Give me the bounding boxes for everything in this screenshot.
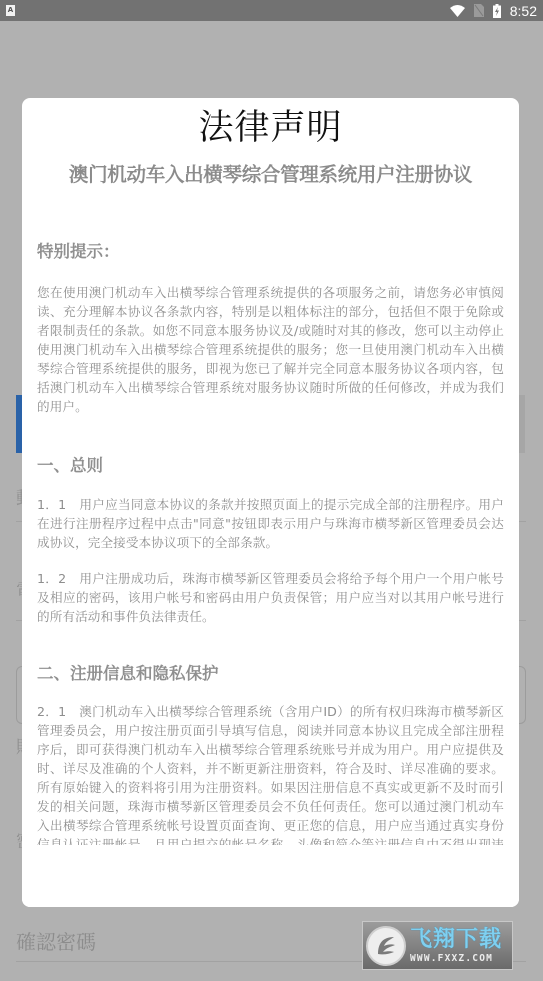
watermark-url: WWW.FXXZ.COM [410,953,502,964]
bird-logo-icon [366,926,406,966]
notice-paragraph: 您在使用澳门机动车入出横琴综合管理系统提供的各项服务之前，请您务必审慎阅读、充分… [37,283,504,416]
status-bar: A 8:52 [0,0,543,21]
dialog-bottom-padding [22,845,519,907]
dialog-title: 法律声明 [22,104,519,152]
clock: 8:52 [510,3,537,19]
clause-1-1: 1．1 用户应当同意本协议的条款并按照页面上的提示完成全部的注册程序。用户在进行… [37,495,504,552]
agreement-title: 澳门机动车入出横琴综合管理系统用户注册协议 [37,160,504,190]
app-notification-icon: A [6,5,15,16]
watermark-logo: 飞翔下载 WWW.FXXZ.COM [362,921,513,970]
agreement-scroll-content[interactable]: 澳门机动车入出横琴综合管理系统用户注册协议 特别提示： 您在使用澳门机动车入出横… [22,160,519,907]
no-sim-icon [474,4,484,17]
section-heading-general: 一、总则 [37,454,504,478]
legal-statement-dialog[interactable]: 法律声明 澳门机动车入出横琴综合管理系统用户注册协议 特别提示： 您在使用澳门机… [22,98,519,907]
watermark-brand: 飞翔下载 [410,927,502,953]
battery-charging-icon [493,4,501,18]
clause-1-2: 1．2 用户注册成功后，珠海市横琴新区管理委员会将给予每个用户一个用户帐号及相应… [37,569,504,626]
notice-heading: 特别提示： [37,240,504,264]
confirm-password-label: 確認密碼 [16,926,96,955]
wifi-icon [450,5,465,17]
background-scroll-indicator [519,395,525,453]
section-heading-registration-privacy: 二、注册信息和隐私保护 [37,662,504,686]
